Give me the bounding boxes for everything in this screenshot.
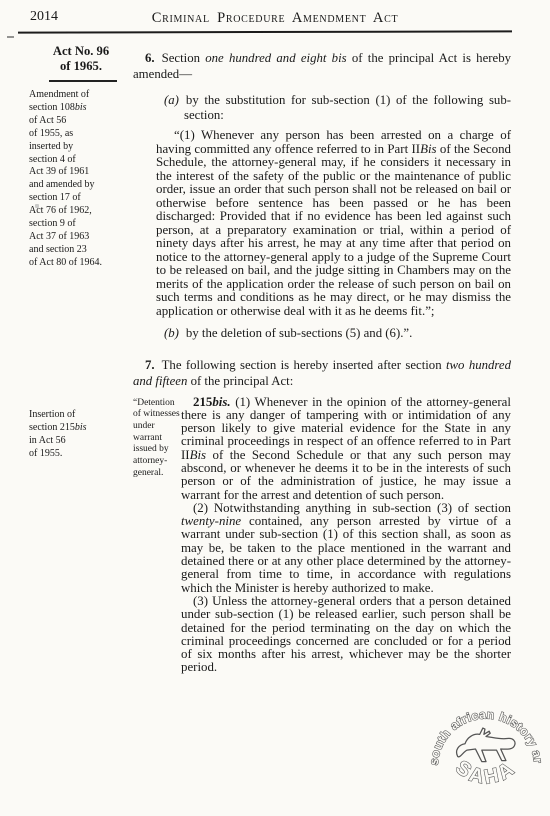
- quoted-subsection-1: “(1) Whenever any person has been arrest…: [156, 129, 511, 318]
- subsection-215bis-1: 215bis. (1) Whenever in the opinion of t…: [181, 396, 511, 502]
- main-text-column: 6.Section one hundred and eight bis of t…: [133, 50, 511, 675]
- antelope-icon: [457, 728, 515, 762]
- section-6-paragraph: 6.Section one hundred and eight bis of t…: [133, 50, 511, 82]
- clause-a: (a)by the substitution for sub-section (…: [133, 93, 511, 122]
- clause-b: (b)by the deletion of sub-sections (5) a…: [133, 326, 511, 341]
- subsection-215bis-3: (3) Unless the attorney-general orders t…: [181, 595, 511, 675]
- header-rule: [18, 30, 512, 34]
- act-number-note: Act No. 96of 1965.: [29, 44, 133, 74]
- sidenote-detention-of-witnesses: “Detentionof witnessesunderwarrantissued…: [133, 398, 183, 480]
- page-title: Criminal Procedure Amendment Act: [0, 10, 550, 27]
- watermark-arc-text: south african history archive: [423, 685, 545, 766]
- section-7-paragraph: 7.The following section is hereby insert…: [133, 357, 511, 389]
- act-number-rule: [49, 80, 117, 82]
- inserted-section-215bis: “Detentionof witnessesunderwarrantissued…: [133, 396, 511, 675]
- amendment-margin-note: Amendment ofsection 108bisof Act 56of 19…: [29, 89, 131, 270]
- scanned-act-page: 2014 Criminal Procedure Amendment Act Ac…: [0, 0, 550, 816]
- archive-watermark-stamp: south african history archive SAHA: [423, 685, 549, 811]
- subsection-215bis-2: (2) Notwithstanding anything in sub-sect…: [181, 502, 511, 595]
- insertion-margin-note: Insertion ofsection 215bisin Act 56of 19…: [29, 409, 131, 461]
- scan-speck: [7, 36, 14, 38]
